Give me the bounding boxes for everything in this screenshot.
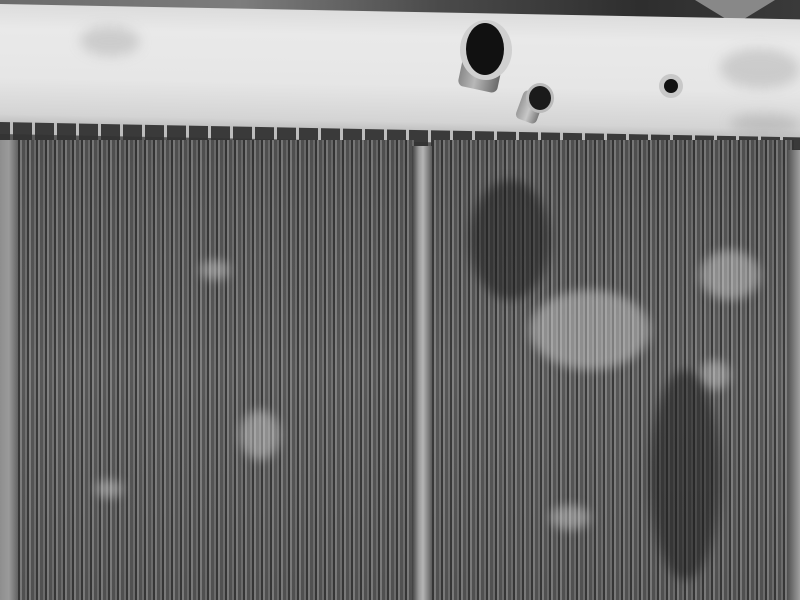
- radiator-core-left: [18, 140, 414, 600]
- inlet-pipe-large: [458, 18, 514, 88]
- side-frame-right: [788, 150, 800, 600]
- inlet-pipe-small: [515, 82, 555, 126]
- bolt-hole: [664, 79, 678, 93]
- radiator-photo: [0, 0, 800, 600]
- radiator-top-tank: [0, 4, 800, 141]
- center-divider: [412, 146, 432, 600]
